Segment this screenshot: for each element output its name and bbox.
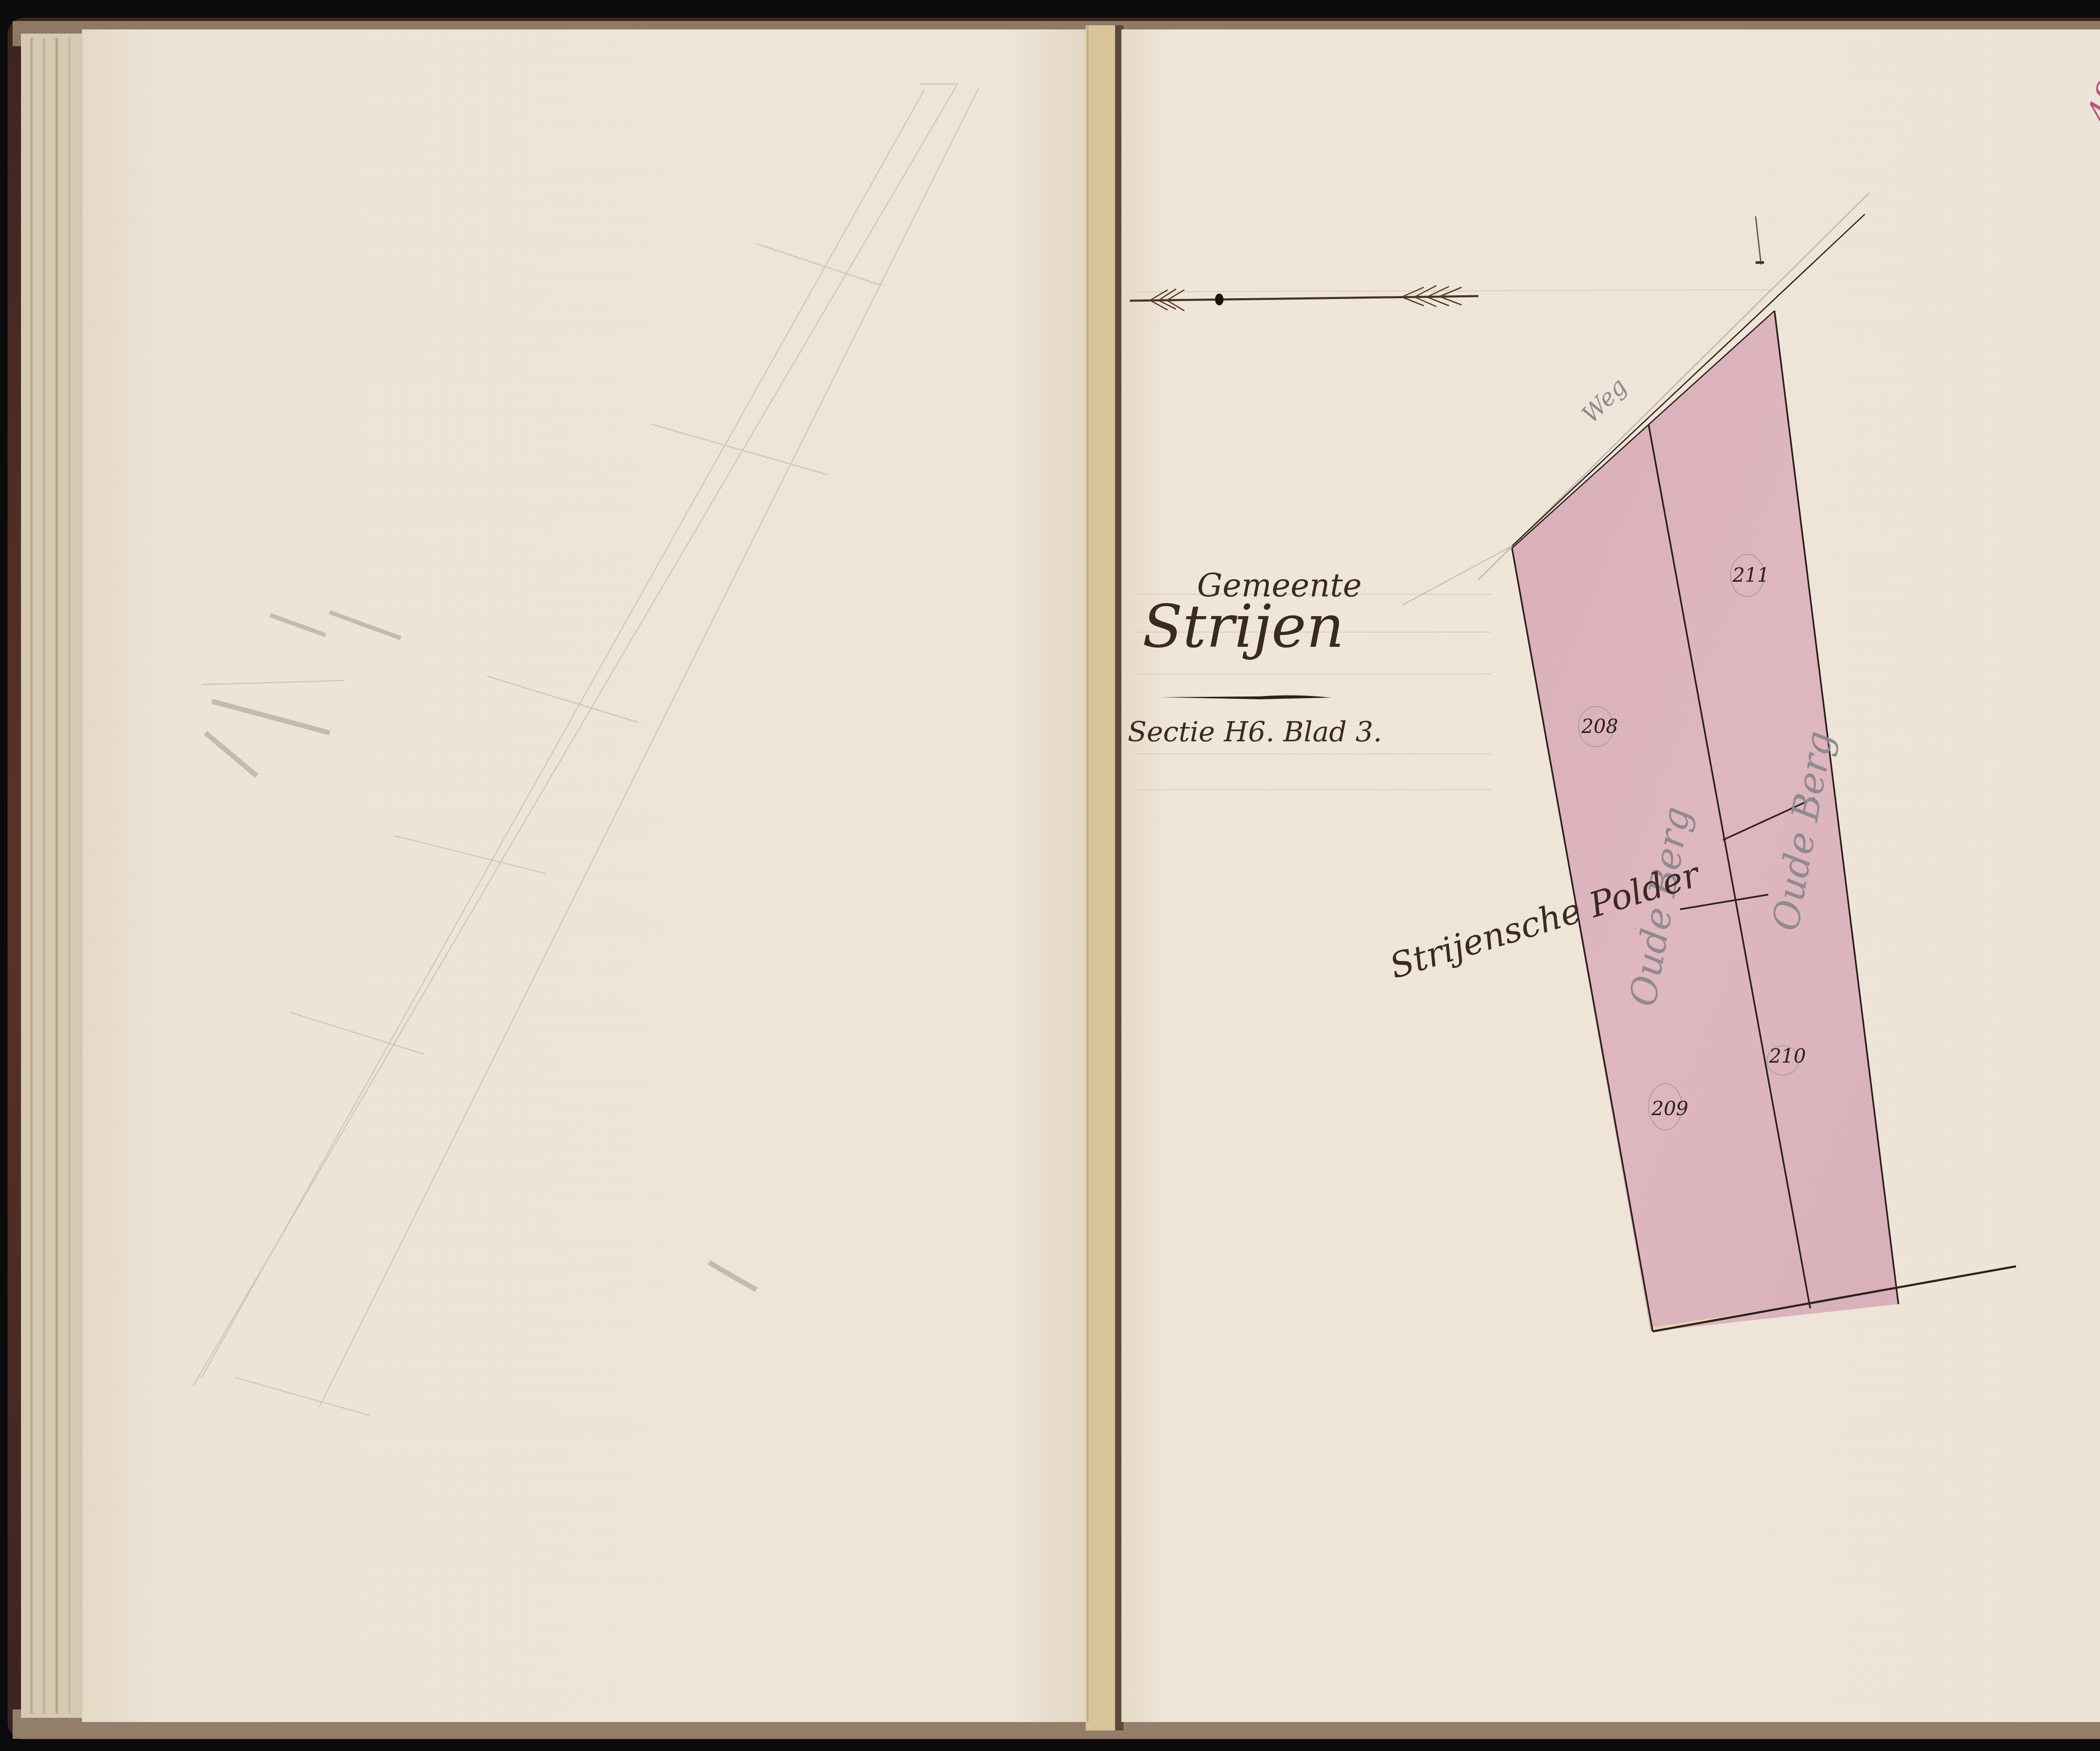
svg-text:210: 210 [1769,1045,1806,1067]
left-page-edges [21,34,84,1718]
book-scan: Weg 211 208 209 210 Oude Berg Oude Berg … [0,0,2100,1751]
svg-text:208: 208 [1581,715,1618,738]
svg-text:211: 211 [1732,564,1769,586]
left-page [82,29,1090,1722]
book-scan-svg: Weg 211 208 209 210 Oude Berg Oude Berg … [0,0,2100,1751]
section-line: Sectie H6. Blad 3. [1128,716,1382,748]
municipality-name: Strijen [1142,593,1344,661]
svg-text:209: 209 [1651,1097,1688,1120]
gutter [1086,25,1123,1730]
